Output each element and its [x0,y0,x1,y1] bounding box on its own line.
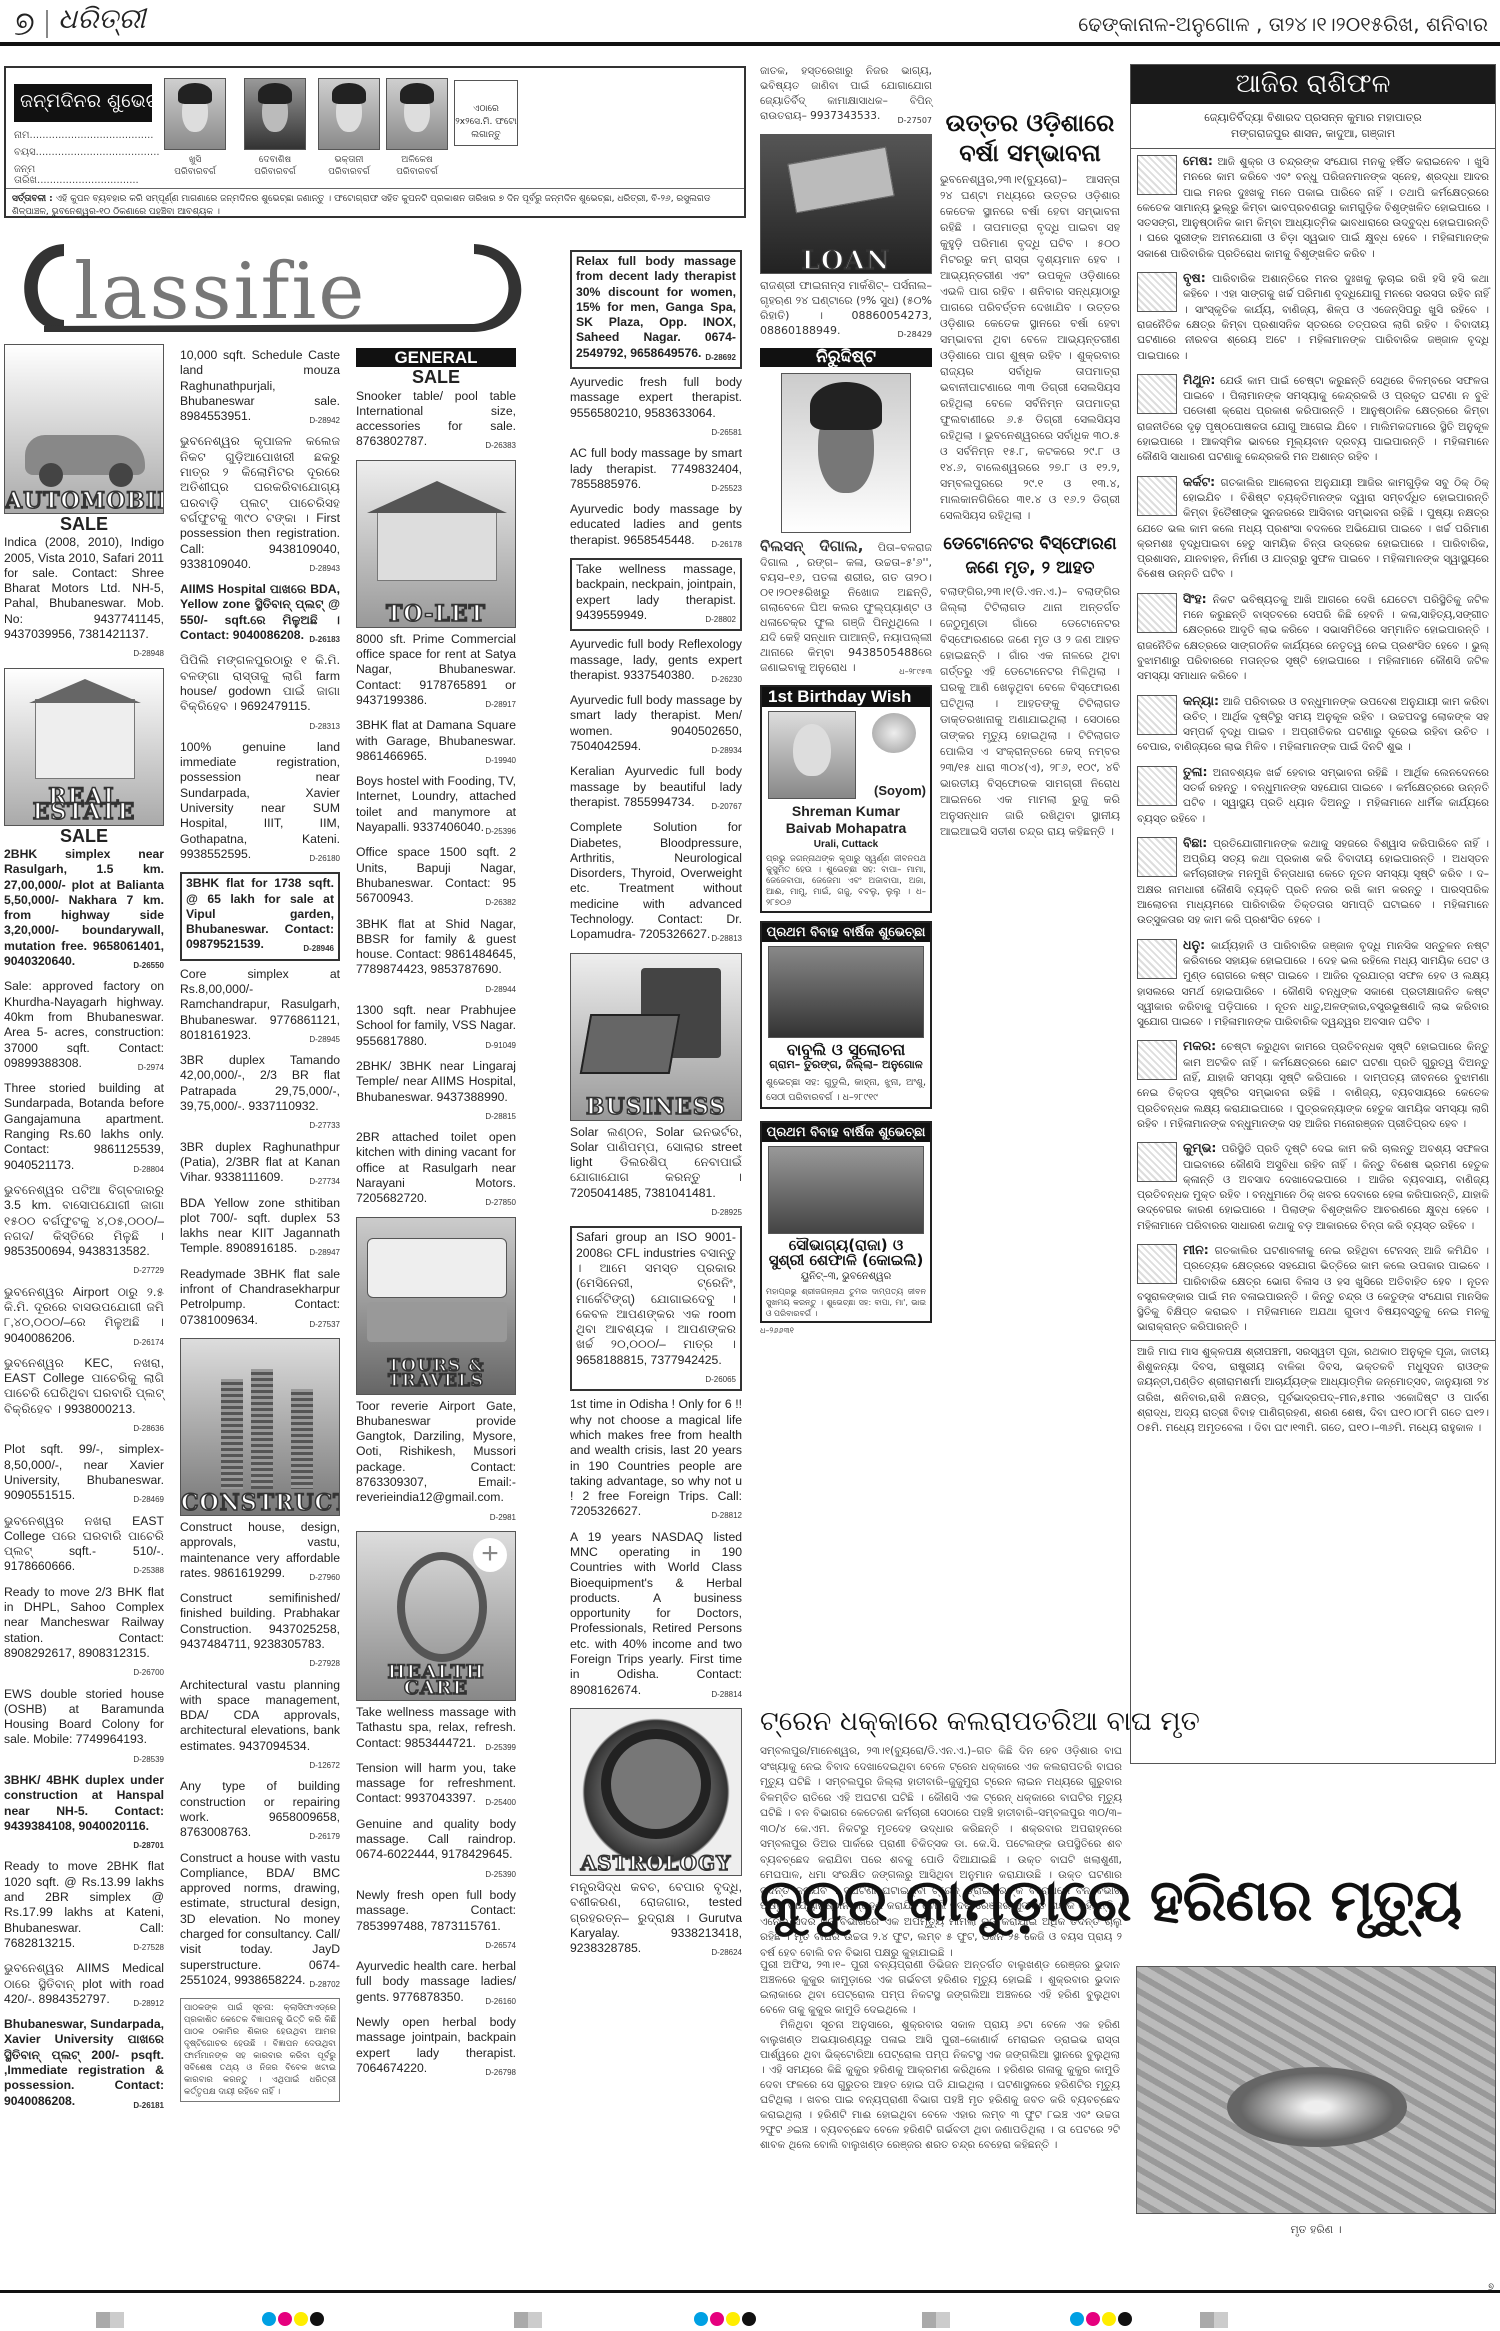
first-birthday-wish: 1st Birthday Wish (Soyom) Shreman KumarB… [760,685,932,913]
photo-caption: ଅଳିକେଷପରିବାରବର୍ଗ [376,154,458,178]
classified-ad: Ayurvedic health care. herbal full body … [356,1959,516,2009]
registration-mark [96,2312,124,2328]
cmyk-color-bar [262,2312,326,2331]
classified-ad: AIIMS Hospital ପାଖରେ BDA, Yellow zone ସ୍… [180,582,340,647]
anniversary-wish: ପ୍ରଥମ ବିବାହ ବାର୍ଷିକ ଶୁଭେଚ୍ଛା ବାବୁଲି ଓ ସୁ… [760,921,932,1109]
footer-page-mark: ୭ [1488,2280,1494,2295]
to-let-label: TO-LET [357,607,515,622]
classified-ad: Ayurvedic full body massage by smart lad… [570,693,742,758]
general-heading: GENERAL [356,348,516,367]
classified-ad: 8000 sft. Prime Commercial office space … [356,632,516,712]
couple-place: ଗ୍ରାମ– ତୁରଙ୍ଗ, ଜିଲ୍ଲା– ଅନୁଗୋଳ [762,1057,930,1072]
magenta-dot-icon [710,2312,724,2326]
sale-heading: SALE [4,517,164,532]
pisces-icon [1137,1244,1177,1284]
child-photo [318,78,380,150]
classified-ad: Ready to move 2/3 BHK flat in DHPL, Saho… [4,1585,164,1681]
classified-ad: Core simplex at Rs.8,00,000/- Ramchandra… [180,967,340,1047]
classified-ad: Ayurvedic fresh full body massage expert… [570,375,742,440]
horoscope-taurus: ବୃଷ: ପାରିବାରିକ ଅଶାନ୍ତିରେ ମନର ଦୁଃଖକୁ ଲୁଚା… [1131,266,1495,368]
nickname: (Soyom) [874,783,926,798]
black-dot-icon [1118,2312,1132,2326]
rain-body: ଭୁବନେଶ୍ୱର,୨୩।୧(ବ୍ୟୁରୋ)– ଆସନ୍ତା ୨୪ ଘଣ୍ଟା … [940,172,1120,524]
photo-placeholder: ଏଠାରେ ୨x୨ସେ.ମି. ଫଟୋ ଲଗାନ୍ତୁ [454,80,518,146]
panjika-almanac: ଆଜି ମାଘ ମାସ ଶୁକ୍ଳପକ୍ଷ ଶ୍ରୀପଞ୍ଚମୀ, ସରସ୍ୱତ… [1131,1340,1495,1441]
classified-ad: ଭୁବନେଶ୍ୱର AIIMS Medical ଠାରେ ସ୍ଥିତିବାନ୍ … [4,1961,164,2011]
astrologer-ad: ଜାତକ, ହସ୍ତରେଖାରୁ ନିଜର ଭାଗ୍ୟ, ଭବିଷ୍ୟତ ଜାଣ… [760,64,932,128]
magenta-dot-icon [1086,2312,1100,2326]
anniversary-wish-text: ମହାପ୍ରଭୁ ଶ୍ରୀଜଗନ୍ନାଥ ତୁମର ଦାମ୍ପତ୍ୟ ଜୀବନ … [762,1284,930,1321]
horoscope-libra: ତୁଳା: ଅନାବଶ୍ୟକ ଖର୍ଚ୍ଚ ହେବାର ସମ୍ଭାବନା ରହି… [1131,760,1495,831]
photo-caption: ଖୁସିପରିବାରବର୍ଗ [154,154,236,178]
classified-ad: Plot sqft. 99/-, simplex- 8,50,000/-, ne… [4,1442,164,1507]
tours-label: TOURS & TRAVELS [357,1359,515,1390]
classified-ad: 3BHK flat at Shid Nagar, BBSR for family… [356,917,516,997]
classified-ad: ଭୁବନେଶ୍ୱର KEC, ନଖରା, EAST College ପାଚେରି… [4,1356,164,1436]
rain-news-story: ଉତ୍ତର ଓଡ଼ିଶାରେବର୍ଷା ସମ୍ଭାବନା ଭୁବନେଶ୍ୱର,୨… [940,108,1120,840]
loan-image: LOAN [760,134,932,274]
business-label: BUSINESS [571,1100,741,1115]
classified-ad: Tension will harm you, take massage for … [356,1761,516,1811]
registration-mark [922,2312,950,2328]
birthdate-field[interactable]: ଜନ୍ମ ତାରିଖ..............................… [14,164,154,186]
classified-ad: Construct house, design, approvals, vast… [180,1520,340,1585]
coupon-rules: ସର୍ତ୍ତାବଳୀ : ଏହି କୁପନ ବ୍ୟବହାର କରି ସମ୍ପୂର… [6,188,744,223]
classified-ad: Office space 1500 sqft. 2 Units, Bapuji … [356,845,516,910]
anniversary-wish: ପ୍ରଥମ ବିବାହ ବାର୍ଷିକ ଶୁଭେଚ୍ଛା ସୌଭାଗ୍ୟ(ରାଜ… [760,1121,932,1323]
photo-caption: ମୃତ ହରିଣ । [1136,2222,1496,2237]
blast-body: ବଲାଙ୍ଗିର,୨୩।୧(ଡି.ଏନ.ଏ.)– ବଲାଙ୍ଗିର ଜିଲ୍ଲା… [940,584,1120,840]
classified-ad: 2BHK/ 3BHK near Lingaraj Temple/ near AI… [356,1059,516,1124]
classified-ad: Snooker table/ pool table International … [356,389,516,454]
header-rule [0,42,1500,46]
classified-ad: Construct semifinished/ finished buildin… [180,1591,340,1671]
baby-name: Shreman KumarBaivab Mohapatra [762,803,930,837]
classified-ad: EWS double storied house (OSHB) at Baram… [4,1687,164,1767]
header-divider [46,10,48,38]
tours-image: TOURS & TRAVELS [356,1217,516,1395]
aquarius-icon [1137,1142,1177,1182]
classified-ad: Take wellness massage with Tathastu spa,… [356,1705,516,1755]
rain-headline: ଉତ୍ତର ଓଡ଼ିଶାରେବର୍ଷା ସମ୍ଭାବନା [940,108,1120,168]
classified-ad-boxed: Relax full body massage from decent lady… [570,250,742,369]
classified-ad: 3BR duplex Tamando 42,00,000/-, 2/3 BR f… [180,1053,340,1133]
missing-person-heading: ନିରୁଦ୍ଦିଷ୍ଟ [760,348,932,367]
astrology-label: ASTROLOGY [571,1856,741,1871]
classified-ad: 3BHK/ 4BHK duplex under construction at … [4,1773,164,1853]
classified-ad: 2BR attached toilet open kitchen with di… [356,1130,516,1210]
cmyk-color-bar [1070,2312,1134,2331]
birthday-coupon: ଜନ୍ମଦିନର ଶୁଭେଚ୍ଛା ନାମ...................… [4,66,746,218]
classified-ad: Genuine and quality body massage. Call r… [356,1817,516,1882]
horoscope-pisces: ମୀନ: ଗତକାଲିର ଘଟଣାବଳୀକୁ ନେଇ ରହିଥିବା ଟେନସନ… [1131,1238,1495,1340]
cyan-dot-icon [694,2312,708,2326]
horoscope-scorpio: ବିଛା: ପ୍ରତିଯୋଗୀମାନଙ୍କ କଥାକୁ ସହଜରେ ବିଶ୍ୱା… [1131,831,1495,933]
photo-caption: ଦେବାଶିଷପରିବାରବର୍ଗ [234,154,316,178]
real-estate-label: REAL ESTATE [5,790,163,821]
couple-place: ୟୁନିଟ୍–୩, ଭୁବନେଶ୍ୱର [762,1269,930,1284]
construction-image: CONSTRUCTION [180,1338,340,1516]
sagittarius-icon [1137,939,1177,979]
classified-ad-boxed: Take wellness massage, backpain, neckpai… [570,558,742,631]
plus-icon: + [473,1538,507,1572]
page-number: ୭ [14,4,35,44]
real-estate-image: REAL ESTATE [4,668,164,826]
classified-ad: Construct a house with vastu Compliance,… [180,1851,340,1993]
classified-ad: ଭୁବନେଶ୍ୱର କୃପାଜଳ କଲେଜ ନିକଟ ଗୁଡ଼ିଆପୋଖରୀ ଛ… [180,434,340,576]
classified-logo-icon: lassifie [4,236,540,340]
classified-ad: Indica (2008, 2010), Indigo 2005, Vista … [4,535,164,661]
classified-ad: 1st time in Odisha ! Only for 6 !! why n… [570,1397,742,1523]
astrology-image: ASTROLOGY [570,1708,742,1876]
classified-ad: ମନ୍ତ୍ରସିଦ୍ଧ କବଚ, ବେପାର ବୃଦ୍ଧି, ବଶୀକରଣ, ର… [570,1880,742,1960]
deer-news-story: କୁକୁର କାମୁଡ଼ାରେ ହରିଣର ମୃତ୍ୟୁ ପୁରୀ ଅଫିସ, … [760,1866,1496,1935]
classified-ad: BDA Yellow zone sthitiban plot 700/- sqf… [180,1196,340,1261]
classified-ad: Boys hostel with Fooding, TV, Internet, … [356,774,516,839]
missing-person-notice: ବିଲସନ୍ ଦିଗାଲ, ପିତା–ବଳରାଜ ଦିଗାଲ , ରଙ୍ଗ– କ… [760,539,932,679]
registration-mark [514,2312,542,2328]
automobile-label: AUTOMOBILE [5,494,163,509]
horoscope-aquarius: କୁମ୍ଭ: ପରିସ୍ଥିତି ପ୍ରତି ଦୃଷ୍ଟି ଦେଇ କାମ କର… [1131,1136,1495,1238]
tiger-headline: ଟ୍ରେନ ଧକ୍କାରେ କଲରାପତରିଆ ବାଘ ମୃତ [760,1706,1122,1738]
classified-ad: Bhubaneswar, Sundarpada, Xavier Universi… [4,2017,164,2113]
footer-rule [0,2290,1500,2293]
horoscope-sagittarius: ଧନୁ: କାର୍ଯ୍ୟହାନି ଓ ପାରିବାରିକ ଜଞ୍ଜାଳ ବୃଦ୍… [1131,933,1495,1035]
classified-ad: 3BHK flat at Damana Square with Garage, … [356,718,516,768]
classified-banner: lassifie [4,236,540,340]
birthday-wish-text: ପ୍ରଭୁ ଜଗନ୍ନାଥଙ୍କ କୃପାରୁ ସ୍ୱର୍ଣ୍ଣ ଜୀବନପଥ … [762,852,930,911]
cyan-dot-icon [262,2312,276,2326]
classified-ad-boxed: 3BHK flat for 1738 sqft. @ 65 lakh for s… [180,872,340,960]
classified-ad: AC full body massage by smart lady thera… [570,446,742,496]
svg-text:lassifie: lassifie [74,247,366,337]
classified-ad: ଭୁବନେଶ୍ୱର Airport ଠାରୁ ୨.୫ କି.ମି. ଦୂରରେ … [4,1285,164,1350]
child-photo [386,78,448,150]
capricorn-icon [1137,1040,1177,1080]
classified-ad: ଭୁବନେଶ୍ୱର ନଖରା EAST College ପରେ ଘରବାରି ପ… [4,1514,164,1579]
construction-label: CONSTRUCTION [181,1496,339,1511]
first-birthday-heading: 1st Birthday Wish [762,687,930,706]
child-photo [244,78,306,150]
horoscope-aries: ମେଷ: ଆଜି ଶୁକ୍ର ଓ ଚନ୍ଦ୍ରଙ୍କ ସଂଯୋଗ ମନକୁ ହର… [1131,149,1495,266]
registration-mark [1200,2312,1228,2328]
classified-ad: Ready to move 2BHK flat 1020 sqft. @ Rs.… [4,1859,164,1955]
horoscope-gemini: ମିଥୁନ: ଯେଉଁ କାମ ପାଇଁ ଚେଷ୍ଟା କରୁଛନ୍ତି ସେଥ… [1131,368,1495,470]
virgo-icon [1137,695,1177,735]
sale-heading: SALE [4,829,164,844]
scorpio-icon [1137,837,1177,877]
horoscope-capricorn: ମକର: ଚେଷ୍ଟା କରୁଥିବା କାମରେ ପ୍ରତିବନ୍ଧକ ସୃଷ… [1131,1034,1495,1136]
loan-label: LOAN [761,254,931,269]
to-let-image: TO-LET [356,460,516,628]
ad-code: ଧ–୨୬୬୩୧ [760,1323,932,1338]
yellow-dot-icon [726,2312,740,2326]
classified-ad: Any type of building construction or rep… [180,1779,340,1844]
classified-ad: Ayurvedic body massage by educated ladie… [570,502,742,552]
classified-ad: A 19 years NASDAQ listed MNC operating i… [570,1530,742,1702]
classified-ad: ଭୁବନେଶ୍ୱର ପଟିଆ ବିଗ୍‌ବଜାରରୁ 3.5 km. ବାସୋପ… [4,1183,164,1279]
health-care-image: + HEALTH CARE [356,1531,516,1701]
cancer-icon [1137,476,1177,516]
classified-ad: Complete Solution for Diabetes, Bloodpre… [570,820,742,946]
black-dot-icon [310,2312,324,2326]
baby-photo [768,711,856,799]
page-header: ୭ ଧରିତ୍ରୀ ଢେଙ୍କାନାଳ-ଅନୁଗୋଳ , ତା୨୪।୧।୨୦୧୫… [0,0,1500,48]
classified-ad: 2BHK simplex near Rasulgarh, 1.5 km. 27,… [4,847,164,973]
column-property: 10,000 sqft. Schedule Caste land mouza R… [180,348,340,2102]
column-general-tolet: GENERAL SALE Snooker table/ pool table I… [356,348,516,2086]
classified-ad: 100% genuine land immediate registration… [180,740,340,866]
classified-ad: Architectural vastu planning with space … [180,1678,340,1774]
anniversary-heading: ପ୍ରଥମ ବିବାହ ବାର୍ଷିକ ଶୁଭେଚ୍ଛା [762,923,930,942]
couple-photo [768,946,924,1038]
yellow-dot-icon [1102,2312,1116,2326]
classified-ad: Sale: approved factory on Khurdha-Nayaga… [4,979,164,1075]
reader-notice: ପାଠକଙ୍କ ପାଇଁ ସୂଚନା: କ୍ଲାସିଫାଏଡ୍‌ରେ ପ୍ରକା… [180,1998,340,2102]
classified-ad: ପିପିଲି ମଙ୍ଗଳପୁରଠାରୁ ୧ କି.ମି. ବଳଙ୍ଗା ରାସ୍… [180,653,340,733]
loan-ad: ରାଜଶ୍ରୀ ଫାଇନାନ୍ସ ମାର୍କଶିଟ୍– ପର୍ସନାଲ–ଗୃହଋ… [760,278,932,342]
taurus-icon [1137,272,1177,312]
classified-ad: Ayurvedic full body Reflexology massage,… [570,637,742,687]
couple-names: ବାବୁଲି ଓ ସୁଲୋଚନା [762,1042,930,1057]
deer-headline: କୁକୁର କାମୁଡ଼ାରେ ହରିଣର ମୃତ୍ୟୁ [760,1866,1496,1935]
magenta-dot-icon [278,2312,292,2326]
name-field[interactable]: ନାମ.....................................… [14,130,154,141]
black-dot-icon [742,2312,756,2326]
dateline: ଢେଙ୍କାନାଳ-ଅନୁଗୋଳ , ତା୨୪।୧।୨୦୧୫ରିଖ, ଶନିବା… [1078,12,1488,36]
horoscope-title: ଆଜିର ରାଶିଫଳ [1131,65,1495,104]
column-massage-business: Relax full body massage from decent lady… [570,250,742,1966]
aries-icon [1137,155,1177,195]
cmyk-color-bar [694,2312,758,2331]
balloon-icon [872,713,916,753]
automobile-image: AUTOMOBILE [4,344,164,514]
age-field[interactable]: ବୟସ.....................................… [14,147,154,158]
classified-ad: Newly open herbal body massage jointpain… [356,2015,516,2080]
classified-ad: Solar ଲଣ୍ଠନ, Solar ଇନଭର୍ଟର, Solar ପାଣିପମ… [570,1125,742,1221]
horoscope-author: ଜ୍ୟୋତିର୍ବିଦ୍ୟା ବିଶାରଦ ପ୍ରସନ୍ନ କୁମାର ମହାପ… [1131,104,1495,149]
leo-icon [1137,593,1177,633]
cyan-dot-icon [1070,2312,1084,2326]
missing-person-photo [781,373,911,533]
classified-ad: 3BR duplex Raghunathpur (Patia), 2/3BR f… [180,1140,340,1190]
horoscope-cancer: କର୍କଟ: ଗତକାଲିର ଆଲୋଚନା ଅନୁଯାୟୀ ଆଜିର କାମଗୁ… [1131,470,1495,587]
column-automobile-realestate: AUTOMOBILE SALE Indica (2008, 2010), Ind… [4,344,164,2119]
classified-ad-boxed: Safari group an ISO 9001-2008ର CFL indus… [570,1226,742,1391]
health-care-label: HEALTH CARE [357,1665,515,1696]
classified-ad: Readymade 3BHK flat sale infront of Chan… [180,1267,340,1332]
couple-names: ସୁଶ୍ରୀ ଶେଫାଳି (କୋଇଲି) [762,1253,930,1268]
business-image: BUSINESS [570,953,742,1121]
horoscope-virgo: କନ୍ୟା: ଆଜି ପରିବାରର ଓ ବନ୍ଧୁମାନଙ୍କ ଉପଦେଶ ଅ… [1131,689,1495,760]
blast-headline: ଡେଟୋନେଟର ବିସ୍ଫୋରଣଜଣେ ମୃତ, ୨ ଆହତ [940,532,1120,580]
birthday-coupon-title: ଜନ୍ମଦିନର ଶୁଭେଚ୍ଛା [14,84,152,122]
anniversary-heading: ପ୍ରଥମ ବିବାହ ବାର୍ଷିକ ଶୁଭେଚ୍ଛା [762,1123,930,1142]
horoscope-leo: ସିଂହ: ନିକଟ ଭବିଷ୍ୟତକୁ ଆଖି ଆଗରେ ଦେଖି ଯେତେଟ… [1131,587,1495,689]
couple-photo [768,1146,924,1234]
newspaper-name: ଧରିତ୍ରୀ [58,2,145,36]
libra-icon [1137,766,1177,806]
dead-deer-photo [1136,1966,1496,2214]
classified-ad: 10,000 sqft. Schedule Caste land mouza R… [180,348,340,428]
classified-ad: Toor reverie Airport Gate, Bhubaneswar p… [356,1399,516,1525]
classified-ad: Three storied building at Sundarpada, Bo… [4,1081,164,1177]
deer-body: ପୁରୀ ଅଫିସ, ୨୩।୧– ପୁରୀ ବନ୍ୟପ୍ରାଣୀ ଡିଭିଜନ … [760,1958,1120,2153]
horoscope-panel: ଆଜିର ରାଶିଫଳ ଜ୍ୟୋତିର୍ବିଦ୍ୟା ବିଶାରଦ ପ୍ରସନ୍… [1130,64,1496,1764]
sale-heading: SALE [356,370,516,385]
baby-place: Urali, Cuttack [762,837,930,852]
classified-ad: 1300 sqft. near Prabhujee School for fam… [356,1003,516,1053]
gemini-icon [1137,374,1177,414]
child-photo [164,78,226,150]
column-personal: ଜାତକ, ହସ୍ତରେଖାରୁ ନିଜର ଭାଗ୍ୟ, ଭବିଷ୍ୟତ ଜାଣ… [760,64,932,1338]
classified-ad: Newly fresh open full body massage. Cont… [356,1888,516,1953]
yellow-dot-icon [294,2312,308,2326]
classified-ad: Keralian Ayurvedic full body massage by … [570,764,742,814]
anniversary-wish-text: ଶୁଭେଚ୍ଛା ସହ: ଗୁଡୁଲି, କାହ୍ନା, ଝୁନା, ଅଂଶୁ,… [762,1073,930,1107]
